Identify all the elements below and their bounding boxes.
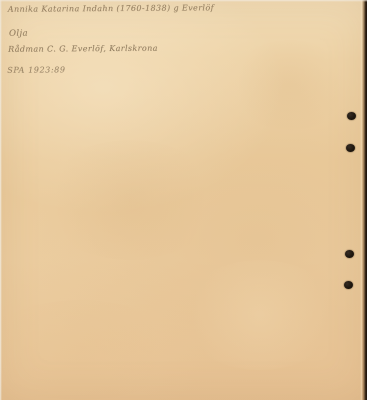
punch-hole-dot — [347, 112, 356, 120]
annotation-owner-line: Rådman C. G. Everlöf, Karlskrona — [8, 43, 214, 53]
paper-texture-blob — [40, 140, 220, 260]
handwritten-annotations: Annika Katarina Indahn (1760-1838) g Eve… — [7, 3, 215, 74]
punch-hole-dot — [344, 281, 353, 289]
annotation-accession-line: SPA 1923:89 — [7, 64, 214, 74]
annotation-title-line: Annika Katarina Indahn (1760-1838) g Eve… — [8, 3, 214, 13]
annotation-medium-line: Olja — [9, 27, 214, 38]
paper-texture-blob — [0, 300, 180, 400]
scanned-archive-card: Annika Katarina Indahn (1760-1838) g Eve… — [0, 0, 367, 400]
scanner-bed-top-sliver — [0, 0, 367, 2]
scan-edge-shadow — [362, 0, 367, 400]
punch-hole-dot — [345, 250, 354, 258]
punch-hole-dot — [346, 144, 355, 152]
paper-texture-blob — [180, 260, 340, 370]
paper-texture-blob — [230, 40, 350, 130]
scanner-bed-left-sliver — [0, 0, 2, 400]
